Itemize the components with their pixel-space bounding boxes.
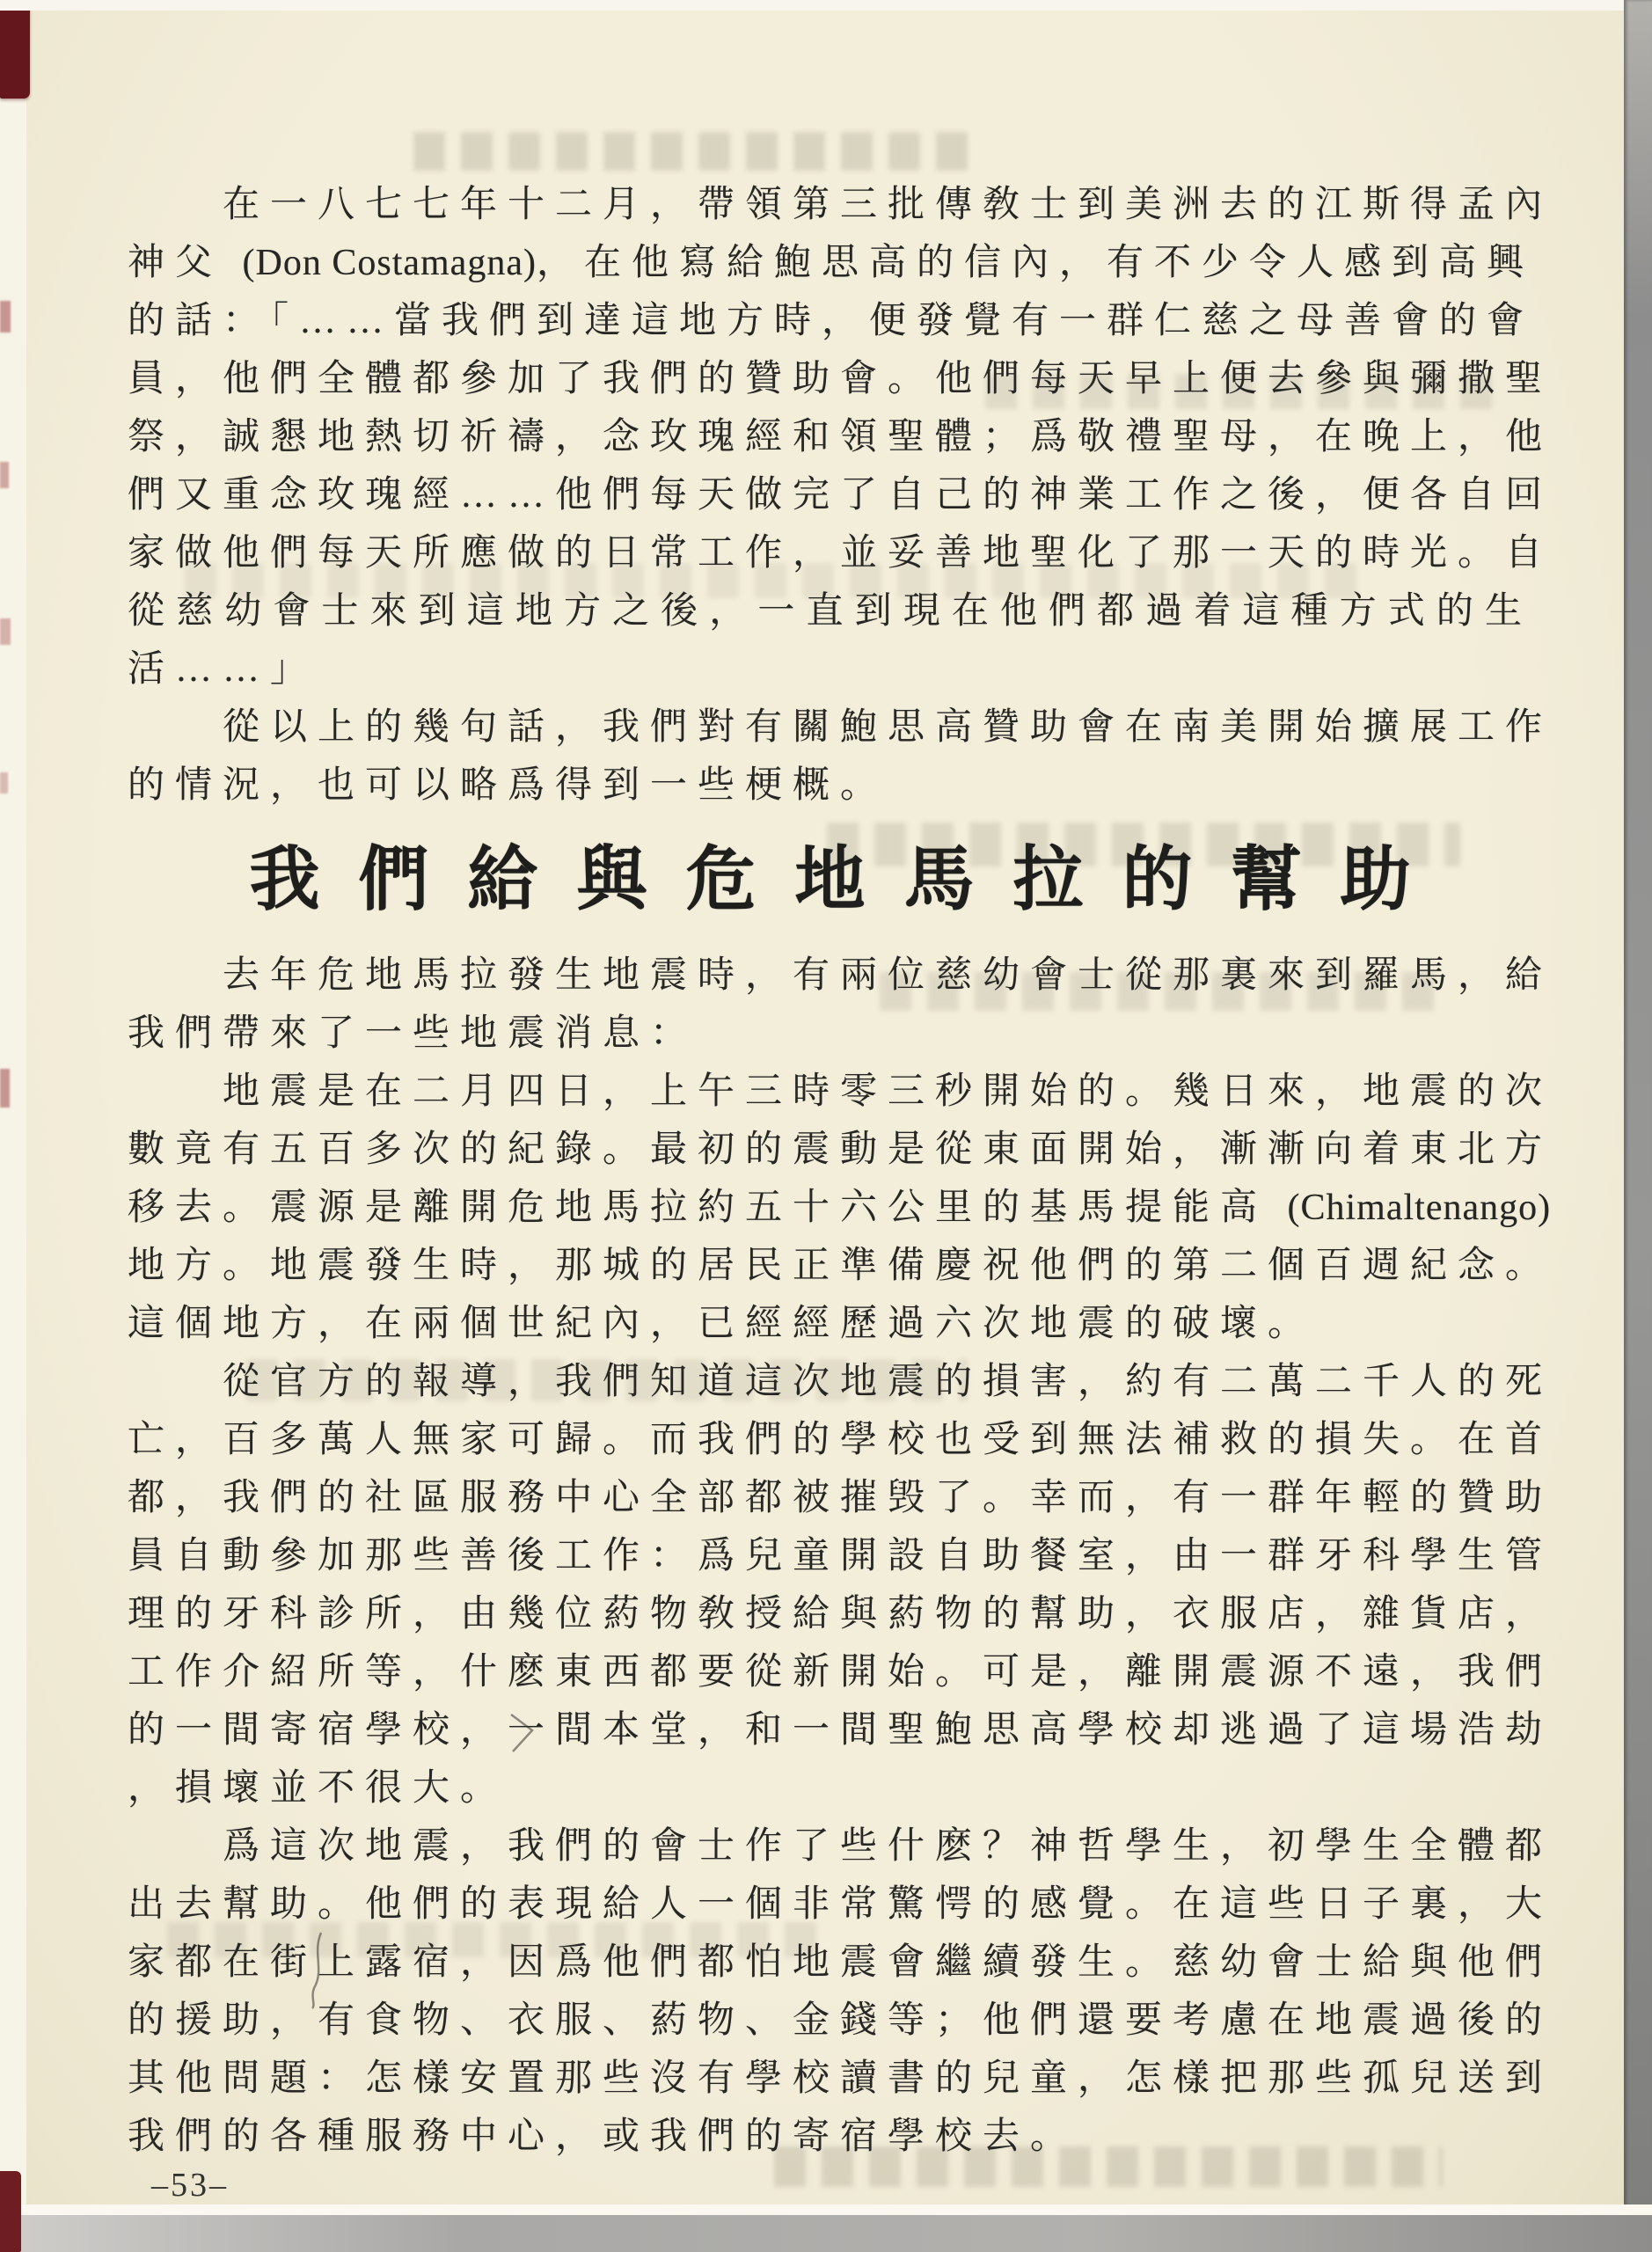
paragraph: 從以上的幾句話，我們對有關鮑思高贊助會在南美開始擴展工作的情況，也可以略爲得到一… xyxy=(128,698,1532,815)
text-line: 出去幫助。他們的表現給人一個非常驚愕的感覺。在這些日子裏，大 xyxy=(128,1875,1532,1934)
text-line: 理的牙科診所，由幾位葯物敎授給與葯物的幫助，衣服店，雜貨店， xyxy=(128,1585,1532,1643)
text-line: 去年危地馬拉發生地震時，有兩位慈幼會士從那裏來到羅馬，給 xyxy=(128,947,1532,1005)
binding-mark-top-left xyxy=(0,0,30,99)
scan-right-edge xyxy=(1624,0,1652,2252)
scan-left-edge xyxy=(0,0,26,2252)
text-line: 的一間寄宿學校，一間本堂，和一間聖鮑思高學校却逃過了這場浩劫 xyxy=(128,1701,1532,1759)
binding-mark xyxy=(0,1069,10,1108)
paragraph: 去年危地馬拉發生地震時，有兩位慈幼會士從那裏來到羅馬，給我們帶來了一些地震消息： xyxy=(128,947,1532,1063)
paragraph: 爲這次地震，我們的會士作了些什麽？神哲學生，初學生全體都出去幫助。他們的表現給人… xyxy=(128,1817,1532,2166)
text-line: 其他問題：怎樣安置那些沒有學校讀書的兒童，怎樣把那些孤兒送到 xyxy=(128,2050,1532,2108)
binding-mark xyxy=(0,618,11,645)
paragraph: 地震是在二月四日，上午三時零三秒開始的。幾日來，地震的次數竟有五百多次的紀錄。最… xyxy=(128,1063,1532,1353)
paragraph: 從官方的報導，我們知道這次地震的損害，約有二萬二千人的死亡，百多萬人無家可歸。而… xyxy=(128,1353,1532,1817)
text-line: 我們的各種服務中心，或我們的寄宿學校去。 xyxy=(128,2108,1532,2166)
text-line: 我們帶來了一些地震消息： xyxy=(128,1005,1532,1063)
text-line: 的話：「……當我們到達這地方時，便發覺有一群仁慈之母善會的會 xyxy=(128,292,1532,350)
text-line: 移去。震源是離開危地馬拉約五十六公里的基馬提能高 (Chimaltenango) xyxy=(128,1179,1532,1237)
page-number: –53– xyxy=(151,2166,229,2204)
text-line: 員自動參加那些善後工作：爲兒童開設自助餐室，由一群牙科學生管 xyxy=(128,1527,1532,1585)
text-line: 家都在街上露宿，因爲他們都怕地震會繼續發生。慈幼會士給與他們 xyxy=(128,1934,1532,1992)
scan-bottom-page-edge xyxy=(0,2204,1652,2215)
binding-mark xyxy=(0,772,8,793)
text-line: 都，我們的社區服務中心全部都被摧毁了。幸而，有一群年輕的贊助 xyxy=(128,1469,1532,1527)
text-line: 這個地方，在兩個世紀內，已經經歷過六次地震的破壞。 xyxy=(128,1295,1532,1353)
text-line: 從慈幼會士來到這地方之後，一直到現在他們都過着這種方式的生 xyxy=(128,582,1532,640)
text-line: 亡，百多萬人無家可歸。而我們的學校也受到無法補救的損失。在首 xyxy=(128,1411,1532,1469)
text-line: 活……」 xyxy=(128,640,1532,698)
text-line: 神父 (Don Costamagna)，在他寫給鮑思高的信內，有不少令人感到高興 xyxy=(128,234,1532,292)
text-line: 地方。地震發生時，那城的居民正準備慶祝他們的第二個百週紀念。 xyxy=(128,1237,1532,1295)
text-line: 員，他們全體都參加了我們的贊助會。他們每天早上便去參與彌撒聖 xyxy=(128,350,1532,408)
text-line: ，損壞並不很大。 xyxy=(128,1759,1532,1817)
text-line: 們又重念玫瑰經……他們每天做完了自己的神業工作之後，便各自回 xyxy=(128,466,1532,524)
scan-bottom-edge xyxy=(0,2215,1652,2252)
scanned-page: 在一八七七年十二月，帶領第三批傳敎士到美洲去的江斯得孟內神父 (Don Cost… xyxy=(0,0,1652,2252)
binding-mark xyxy=(0,462,9,488)
binding-mark-bottom-left xyxy=(0,2171,21,2252)
text-line: 在一八七七年十二月，帶領第三批傳敎士到美洲去的江斯得孟內 xyxy=(128,176,1532,234)
article-heading: 我們給與危地馬拉的幫助 xyxy=(128,815,1532,947)
text-line: 爲這次地震，我們的會士作了些什麽？神哲學生，初學生全體都 xyxy=(128,1817,1532,1875)
text-line: 地震是在二月四日，上午三時零三秒開始的。幾日來，地震的次 xyxy=(128,1063,1532,1121)
text-line: 的援助，有食物、衣服、葯物、金錢等；他們還要考慮在地震過後的 xyxy=(128,1992,1532,2050)
text-line: 祭，誠懇地熱切祈禱，念玫瑰經和領聖體；爲敬禮聖母，在晚上，他 xyxy=(128,408,1532,466)
article-text: 在一八七七年十二月，帶領第三批傳敎士到美洲去的江斯得孟內神父 (Don Cost… xyxy=(128,176,1532,2166)
text-line: 工作介紹所等，什麽東西都要從新開始。可是，離開震源不遠，我們 xyxy=(128,1643,1532,1701)
text-line: 的情況，也可以略爲得到一些梗概。 xyxy=(128,757,1532,815)
scan-top-edge xyxy=(0,0,1652,11)
binding-mark xyxy=(0,301,11,333)
text-line: 數竟有五百多次的紀錄。最初的震動是從東面開始，漸漸向着東北方 xyxy=(128,1121,1532,1179)
text-line: 從以上的幾句話，我們對有關鮑思高贊助會在南美開始擴展工作 xyxy=(128,698,1532,757)
paragraph: 在一八七七年十二月，帶領第三批傳敎士到美洲去的江斯得孟內神父 (Don Cost… xyxy=(128,176,1532,698)
text-line: 從官方的報導，我們知道這次地震的損害，約有二萬二千人的死 xyxy=(128,1353,1532,1411)
ink-bleed-artifact xyxy=(413,132,976,171)
text-line: 家做他們每天所應做的日常工作，並妥善地聖化了那一天的時光。自 xyxy=(128,524,1532,582)
